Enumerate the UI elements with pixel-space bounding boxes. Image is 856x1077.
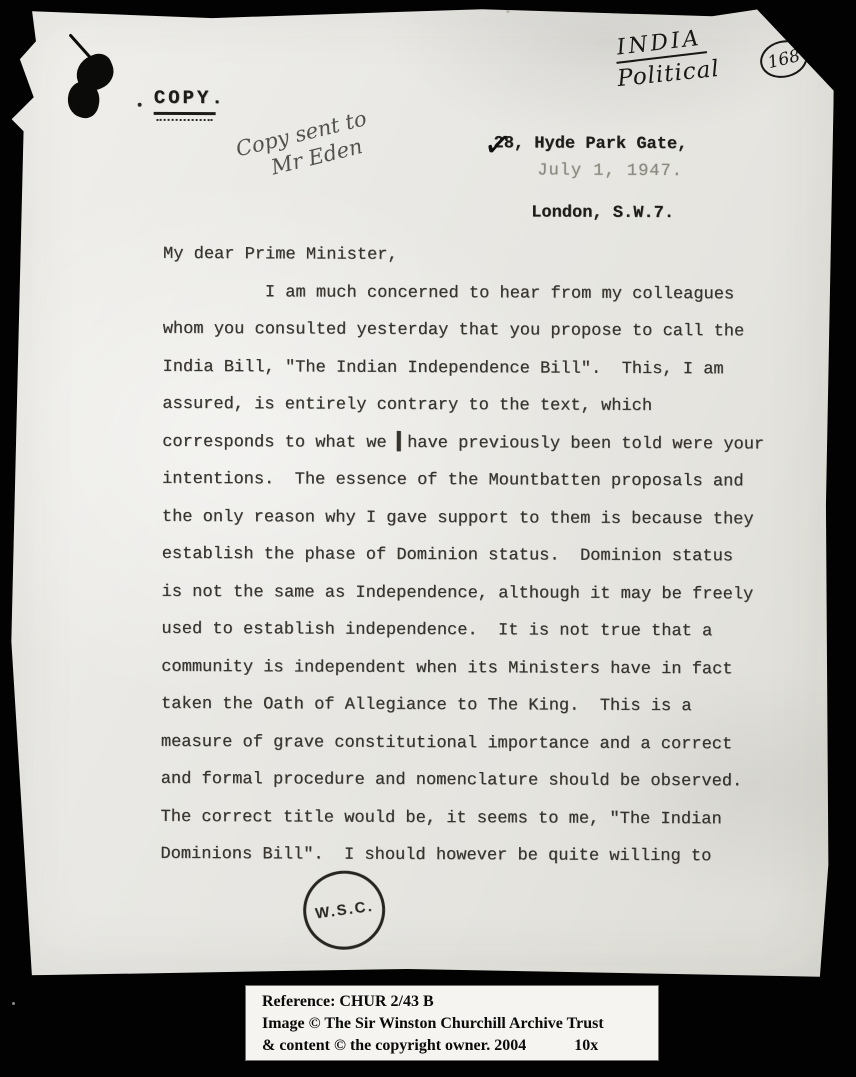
body-line: India Bill, "The Indian Independence Bil… — [162, 348, 764, 388]
letter-date: July 1, 1947. — [537, 162, 683, 182]
ink-blot — [62, 41, 122, 123]
scan-background: COPY. 28, Hyde Park Gate, London, S.W.7.… — [0, 0, 856, 1077]
body-line: intentions. The essence of the Mountbatt… — [162, 461, 764, 501]
copyright-line-2: & content © the copyright owner. 2004 — [262, 1035, 526, 1057]
body-line: community is independent when its Minist… — [161, 648, 763, 688]
body-line: used to establish independence. It is no… — [161, 611, 763, 651]
body-line: taken the Oath of Allegiance to The King… — [161, 686, 763, 726]
letter-page: COPY. 28, Hyde Park Gate, London, S.W.7.… — [8, 1, 836, 981]
body-line: assured, is entirely contrary to the tex… — [162, 386, 764, 426]
letter-body: My dear Prime Minister, I am much concer… — [160, 236, 765, 876]
body-line: Dominions Bill". I should however be qui… — [160, 836, 762, 876]
copy-sent-note: Copy sent to Mr Eden — [233, 105, 375, 187]
body-line: is not the same as Independence, althoug… — [161, 573, 763, 613]
dust-speck — [12, 1002, 15, 1005]
archival-classification-note: INDIA Political — [614, 26, 721, 91]
folio-number-circle: 168 — [756, 35, 811, 82]
body-line: The correct title would be, it seems to … — [160, 798, 762, 838]
archive-reference-plate: Reference: CHUR 2/43 B Image © The Sir W… — [245, 985, 659, 1061]
body-line: whom you consulted yesterday that you pr… — [163, 311, 765, 351]
body-line: and formal procedure and nomenclature sh… — [161, 761, 763, 801]
address-line-2: London, S.W.7. — [531, 201, 687, 225]
checkmark: ✓ — [481, 124, 514, 167]
body-line: establish the phase of Dominion status. … — [162, 536, 764, 576]
stray-ink-dot — [138, 103, 142, 107]
body-line: I am much concerned to hear from my coll… — [163, 273, 765, 313]
copy-dotted-underline — [157, 119, 213, 121]
copyright-row: & content © the copyright owner. 2004 10… — [262, 1035, 652, 1057]
body-line: corresponds to what we ▍have previously … — [162, 423, 764, 463]
copyright-line-1: Image © The Sir Winston Churchill Archiv… — [262, 1013, 652, 1035]
dust-speck — [506, 10, 510, 13]
reference-number: Reference: CHUR 2/43 B — [262, 991, 652, 1013]
wsc-stamp-initials: W.S.C. — [314, 898, 374, 923]
wsc-stamp: W.S.C. — [300, 867, 388, 953]
folio-number: 168 — [766, 46, 802, 73]
body-line: measure of grave constitutional importan… — [161, 723, 763, 763]
address-line-1: 28, Hyde Park Gate, — [493, 132, 687, 156]
copy-underline — [154, 112, 216, 115]
body-line: the only reason why I gave support to th… — [162, 498, 764, 538]
scale-label: 10x — [574, 1035, 598, 1057]
salutation: My dear Prime Minister, — [163, 236, 765, 276]
copy-heading: COPY. — [154, 87, 226, 109]
